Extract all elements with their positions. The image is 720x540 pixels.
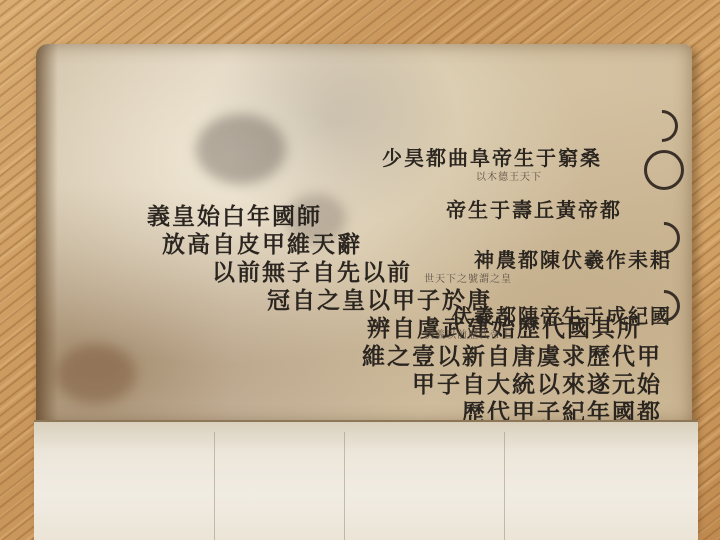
paper-crease — [504, 432, 505, 540]
manuscript-page: 歷代甲子紀年國都 壹甲子自大統紀年 甲子自大統以來遂元始 維之壹以新自唐虞求歷代… — [36, 44, 692, 424]
annotation-row: 以木德王天下 — [476, 168, 542, 183]
text-columns: 歷代甲子紀年國都 壹甲子自大統紀年 甲子自大統以來遂元始 維之壹以新自唐虞求歷代… — [122, 104, 662, 424]
text-row: 神農都陳伏羲作耒耜 — [474, 244, 672, 273]
annotation-row: 世天下之號謂之皇 — [424, 270, 512, 285]
circle-seal-mark — [644, 150, 684, 190]
page-edge-worn — [36, 44, 58, 424]
text-row: 義皇始白年國師 — [147, 198, 322, 231]
blank-lower-leaf — [34, 420, 698, 540]
annotation-row: 伏羲以前歷代帝王 — [424, 326, 512, 341]
text-row: 帝生于壽丘黃帝都 — [446, 194, 622, 223]
paper-crease — [214, 432, 215, 540]
text-row: 伏羲都陳帝生于成紀國 — [452, 300, 672, 329]
text-row: 少昊都曲阜帝生于窮桑 — [382, 142, 602, 171]
paper-crease — [344, 432, 345, 540]
